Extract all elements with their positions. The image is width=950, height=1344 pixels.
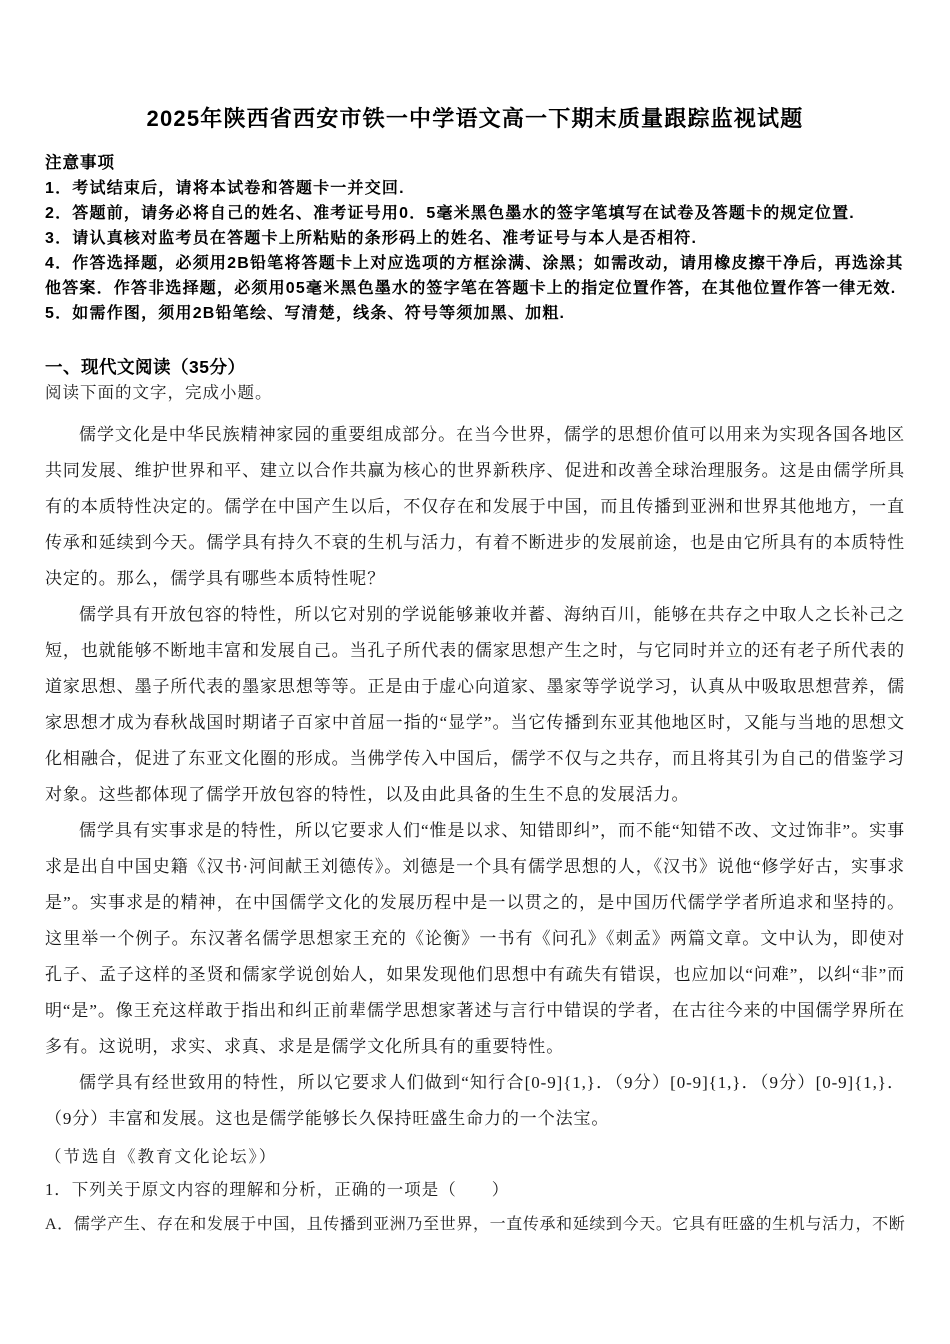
notice-item-1: 1．考试结束后，请将本试卷和答题卡一并交回. <box>45 176 905 201</box>
notice-item-2: 2．答题前，请务必将自己的姓名、准考证号用0．5毫米黑色墨水的签字笔填写在试卷及… <box>45 201 905 226</box>
reading-instruction: 阅读下面的文字，完成小题。 <box>45 382 905 404</box>
page-title: 2025年陕西省西安市铁一中学语文高一下期末质量跟踪监视试题 <box>45 104 905 134</box>
passage-paragraph-1: 儒学文化是中华民族精神家园的重要组成部分。在当今世界，儒学的思想价值可以用来为实… <box>45 417 905 597</box>
notices-header: 注意事项 <box>45 151 905 176</box>
passage-source: （节选自《教育文化论坛》） <box>45 1146 905 1168</box>
notices-section: 注意事项 1．考试结束后，请将本试卷和答题卡一并交回. 2．答题前，请务必将自己… <box>45 151 905 326</box>
question-1-option-a: A．儒学产生、存在和发展于中国，且传播到亚洲乃至世界，一直传承和延续到今天。它具… <box>45 1214 905 1236</box>
reading-passage: 儒学文化是中华民族精神家园的重要组成部分。在当今世界，儒学的思想价值可以用来为实… <box>45 417 905 1137</box>
passage-paragraph-4: 儒学具有经世致用的特性，所以它要求人们做到“知行合[0-9]{1,}．（9分）[… <box>45 1065 905 1137</box>
notice-item-4: 4．作答选择题，必须用2B铅笔将答题卡上对应选项的方框涂满、涂黑；如需改动，请用… <box>45 251 905 301</box>
exam-paper-page: 2025年陕西省西安市铁一中学语文高一下期末质量跟踪监视试题 注意事项 1．考试… <box>0 0 950 1344</box>
notice-item-5: 5．如需作图，须用2B铅笔绘、写清楚，线条、符号等须加黑、加粗. <box>45 301 905 326</box>
passage-paragraph-2: 儒学具有开放包容的特性，所以它对别的学说能够兼收并蓄、海纳百川，能够在共存之中取… <box>45 597 905 813</box>
passage-paragraph-3: 儒学具有实事求是的特性，所以它要求人们“惟是以求、知错即纠”，而不能“知错不改、… <box>45 813 905 1065</box>
notice-item-3: 3．请认真核对监考员在答题卡上所粘贴的条形码上的姓名、准考证号与本人是否相符. <box>45 226 905 251</box>
section-one-heading: 一、现代文阅读（35分） <box>45 355 905 379</box>
question-1: 1．下列关于原文内容的理解和分析，正确的一项是（ ） <box>45 1179 905 1201</box>
